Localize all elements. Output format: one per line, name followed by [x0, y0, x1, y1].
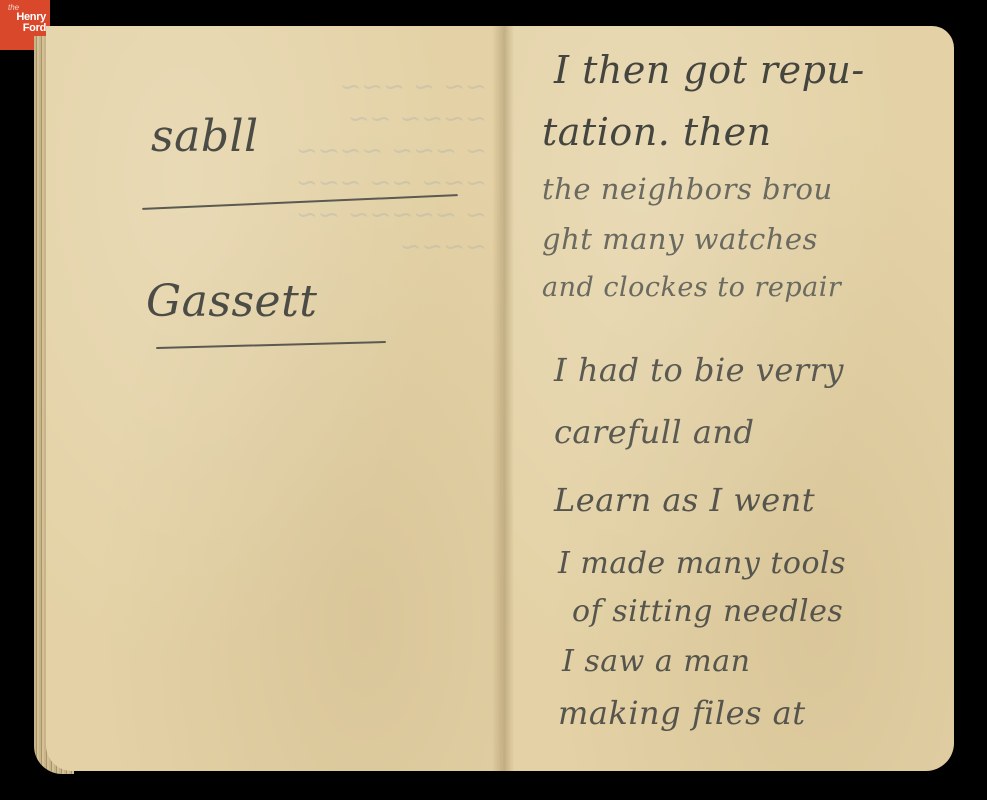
line-5: and clockes to repair: [542, 272, 841, 303]
right-page: I then got repu- tation. then the neighb…: [502, 26, 954, 771]
line-10: of sitting needles: [572, 594, 843, 629]
line-9: I made many tools: [558, 546, 846, 581]
left-entry-2: Gassett: [146, 276, 317, 327]
notebook-spread: ~~ ~ ~~~ ~~~~ ~~ ~ ~~~ ~~~~ ~~~ ~~ ~~~ ~…: [34, 26, 954, 774]
book-gutter: [492, 26, 514, 771]
left-entry-1: sabll: [151, 111, 259, 162]
line-3: the neighbors brou: [542, 172, 833, 206]
line-1: I then got repu-: [554, 48, 865, 92]
bleed-through: ~~ ~ ~~~ ~~~~ ~~ ~ ~~~ ~~~~ ~~~ ~~ ~~~ ~…: [296, 71, 487, 263]
underline-2: [156, 341, 386, 349]
line-7: carefull and: [554, 413, 755, 451]
line-12: making files at: [558, 694, 806, 732]
line-4: ght many watches: [542, 222, 818, 256]
underline-1: [142, 194, 458, 210]
line-8: Learn as I went: [554, 481, 815, 519]
line-6: I had to bie verry: [554, 351, 844, 389]
line-2: tation. then: [542, 110, 772, 154]
line-11: I saw a man: [562, 644, 750, 679]
left-page: ~~ ~ ~~~ ~~~~ ~~ ~ ~~~ ~~~~ ~~~ ~~ ~~~ ~…: [46, 26, 502, 771]
